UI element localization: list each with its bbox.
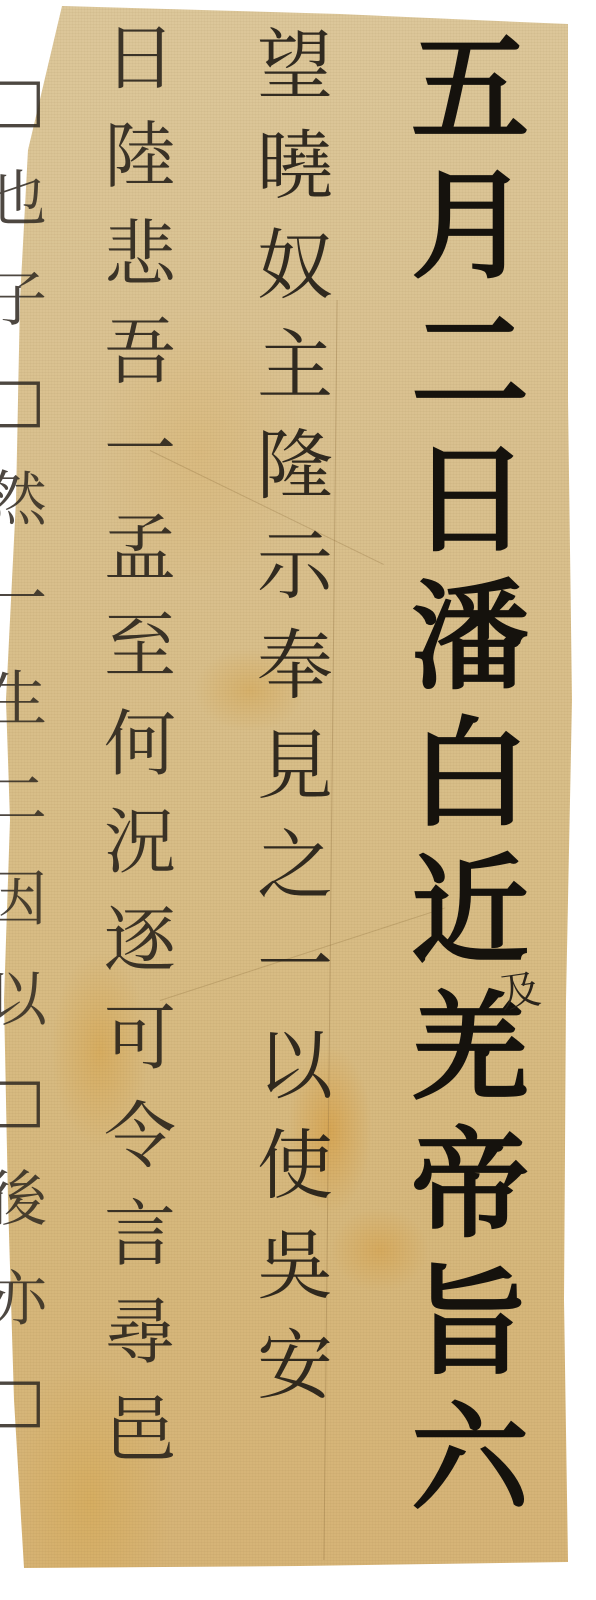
character: 旨 — [411, 1263, 529, 1381]
character: 二 — [411, 304, 529, 422]
character: 六 — [411, 1400, 529, 1518]
character: 五 — [411, 30, 529, 148]
character: 悲 — [104, 218, 176, 290]
character: 安 — [257, 1328, 333, 1404]
character: 一 — [104, 414, 176, 486]
character: 子 — [0, 270, 47, 330]
column-2-text: 望 曉 奴 主 隆 示 奉 見 之 一 以 使 吳 安 — [240, 28, 350, 1428]
character: 況 — [104, 806, 176, 878]
character: 陸 — [104, 120, 176, 192]
character: 曉 — [257, 128, 333, 204]
character: 潘 — [411, 578, 529, 696]
character: 一 — [0, 570, 47, 630]
torn-edge-region: □ 也 子 □ 然 一 生 二 因 以 □ 後 亦 □ — [0, 0, 56, 1600]
character: 之 — [257, 828, 333, 904]
character: 逐 — [104, 904, 176, 976]
character: 亦 — [0, 1270, 47, 1330]
character: 帝 — [411, 1126, 529, 1244]
character: 主 — [257, 328, 333, 404]
character: 吾 — [104, 316, 176, 388]
character: 何 — [104, 708, 176, 780]
character: 白 — [411, 715, 529, 833]
column-3-text: 日 陸 悲 吾 一 孟 至 何 況 逐 可 令 言 尋 邑 — [85, 22, 195, 1492]
character: 可 — [104, 1002, 176, 1074]
interlinear-annotation: 及 — [496, 957, 544, 1019]
column-1-main-text: 五 月 二 日 潘 白 近 羌 帝 旨 六 — [385, 30, 555, 1537]
character: □ — [0, 370, 45, 430]
character: □ — [0, 1070, 45, 1130]
character: 也 — [0, 170, 47, 230]
character: 一 — [257, 928, 333, 1004]
character: 奴 — [257, 228, 333, 304]
character: 然 — [0, 470, 47, 530]
character: 生 — [0, 670, 47, 730]
character: 示 — [257, 528, 333, 604]
character: 日 — [411, 441, 529, 559]
column-4-partial-text: □ 也 子 □ 然 一 生 二 因 以 □ 後 亦 □ — [0, 70, 56, 1470]
character: 因 — [0, 870, 47, 930]
character: □ — [0, 1370, 45, 1430]
character: 言 — [104, 1198, 176, 1270]
character: 日 — [104, 22, 176, 94]
character: 以 — [257, 1028, 333, 1104]
character: 以 — [0, 970, 47, 1030]
character: 吳 — [257, 1228, 333, 1304]
character: 月 — [411, 167, 529, 285]
character: 令 — [104, 1100, 176, 1172]
character: 孟 — [104, 512, 176, 584]
character: 邑 — [104, 1394, 176, 1466]
character: 使 — [257, 1128, 333, 1204]
character: 後 — [0, 1170, 47, 1230]
character: 尋 — [104, 1296, 176, 1368]
character: 二 — [0, 770, 47, 830]
character: 奉 — [257, 628, 333, 704]
character: □ — [0, 70, 45, 130]
character: 近 — [411, 852, 529, 970]
character: 至 — [104, 610, 176, 682]
character: 隆 — [257, 428, 333, 504]
character: 見 — [257, 728, 333, 804]
character: 望 — [257, 28, 333, 104]
